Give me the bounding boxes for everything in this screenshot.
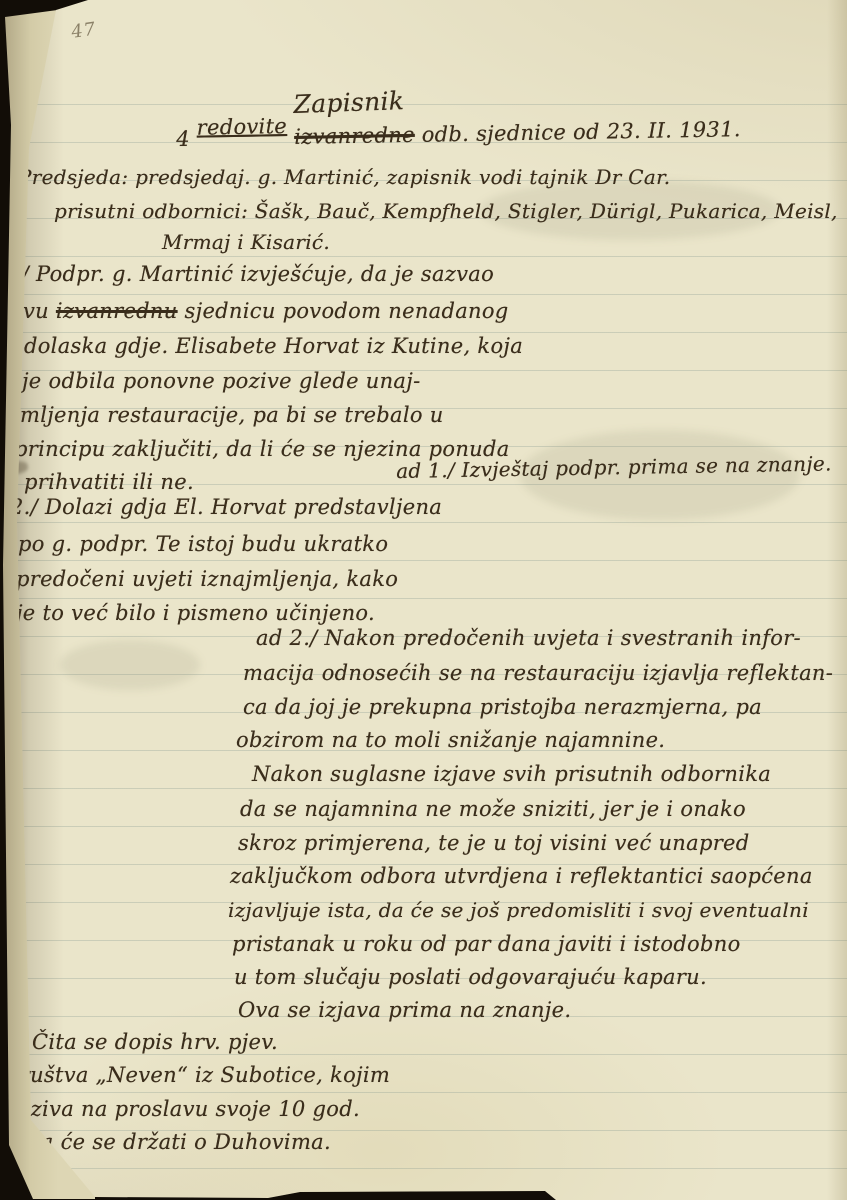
ad2-line: macija odnosećih se na restauraciju izja…	[243, 661, 833, 685]
item1-line: ovu izvanrednu sjednicu povodom nenadano…	[10, 299, 509, 323]
ad2-line: obzirom na to moli snižanje najamnine.	[236, 728, 665, 752]
ad2-line: Ova se izjava prima na znanje.	[238, 998, 571, 1022]
text-segment: da se najamnina ne može sniziti, jer je …	[240, 797, 746, 821]
ad2-line: pristanak u roku od par dana javiti i is…	[232, 932, 741, 956]
item1-line: prihvatiti ili ne.	[24, 470, 194, 494]
struck-word: izvanrednu	[56, 299, 178, 323]
ad2-line: ca da joj je prekupna pristojba nerazmje…	[243, 695, 762, 719]
text-segment: obzirom na to moli snižanje najamnine.	[236, 728, 665, 752]
text-segment: Zapisnik	[293, 86, 405, 119]
item4-line: 4/ Čita se dopis hrv. pjev.	[4, 1030, 278, 1054]
text-segment: mljenja restauracije, pa bi se trebalo u	[20, 403, 444, 427]
item2-line: 2./ Dolazi gdja El. Horvat predstavljena	[10, 495, 442, 519]
inserted-word: redovite	[196, 114, 287, 140]
ad2-line: izjavljuje ista, da će se još predomisli…	[228, 898, 809, 922]
manuscript-photo: 47Zapisnik4 redovite izvanredne odb. sje…	[0, 0, 847, 1200]
text-segment: je odbila ponovne pozive glede unaj-	[22, 369, 420, 393]
ad2-line: da se najamnina ne može sniziti, jer je …	[240, 797, 746, 821]
item1-line: 1/ Podpr. g. Martinić izvješćuje, da je …	[8, 262, 494, 286]
text-segment: izjavljuje ista, da će se još predomisli…	[228, 898, 809, 922]
item1-line: dolaska gdje. Elisabete Horvat iz Kutine…	[24, 334, 523, 358]
text-segment: 2./ Dolazi gdja El. Horvat predstavljena	[10, 495, 442, 519]
ad2-line: Nakon suglasne izjave svih prisutnih odb…	[252, 762, 771, 786]
text-segment: sjednicu povodom nenadanog	[178, 299, 509, 323]
text-segment: u tom slučaju poslati odgovarajuću kapar…	[234, 965, 707, 989]
text-segment: Nakon suglasne izjave svih prisutnih odb…	[252, 762, 771, 786]
ad2-line: skroz primjerena, te je u toj visini već…	[238, 831, 750, 855]
text-segment: predočeni uvjeti iznajmljenja, kako	[16, 567, 398, 591]
notebook-page: 47Zapisnik4 redovite izvanredne odb. sje…	[0, 0, 847, 1200]
ad2-line: zaključkom odbora utvrdjena i reflektant…	[230, 864, 813, 888]
text-segment: macija odnosećih se na restauraciju izja…	[243, 661, 833, 685]
handwriting-layer: 47Zapisnik4 redovite izvanredne odb. sje…	[0, 0, 847, 1200]
text-segment: ad 2./ Nakon predočenih uvjeta i svestra…	[256, 626, 801, 650]
item4-line: koja će se držati o Duhovima.	[8, 1130, 331, 1154]
text-segment: prihvatiti ili ne.	[24, 470, 194, 494]
text-segment: po g. podpr. Te istoj budu ukratko	[18, 532, 388, 556]
page-number: 47	[70, 19, 98, 43]
attendees-line: prisutni odbornici: Šašk, Bauč, Kempfhel…	[54, 199, 838, 223]
text-segment: odb. sjednice od 23. II. 1931.	[415, 117, 741, 147]
text-segment: prisutni odbornici: Šašk, Bauč, Kempfhel…	[54, 199, 838, 223]
attendees-line: Mrmaj i Kisarić.	[162, 230, 330, 254]
item4-line: društva „Neven“ iz Subotice, kojim	[6, 1063, 390, 1087]
text-segment: 4	[176, 127, 197, 151]
item2-line: je to već bilo i pismeno učinjeno.	[16, 601, 375, 625]
session-line: 4 redovite izvanredne odb. sjednice od 2…	[176, 117, 741, 151]
text-segment: zaključkom odbora utvrdjena i reflektant…	[230, 864, 813, 888]
title: Zapisnik	[293, 86, 405, 119]
text-segment: dolaska gdje. Elisabete Horvat iz Kutine…	[24, 334, 523, 358]
text-segment: poziva na proslavu svoje 10 god.	[4, 1097, 360, 1121]
text-segment: 47	[70, 19, 98, 43]
item4-line: poziva na proslavu svoje 10 god.	[4, 1097, 360, 1121]
text-segment: Predsjeda: predsjedaj. g. Martinić, zapi…	[18, 165, 670, 189]
text-segment: društva „Neven“ iz Subotice, kojim	[6, 1063, 390, 1087]
text-segment: pristanak u roku od par dana javiti i is…	[232, 932, 741, 956]
ad2-line: ad 2./ Nakon predočenih uvjeta i svestra…	[256, 626, 801, 650]
text-segment: 4/ Čita se dopis hrv. pjev.	[4, 1030, 278, 1054]
presiding-line: Predsjeda: predsjedaj. g. Martinić, zapi…	[18, 165, 670, 189]
item1-line: je odbila ponovne pozive glede unaj-	[22, 369, 420, 393]
item2-line: predočeni uvjeti iznajmljenja, kako	[16, 567, 398, 591]
text-segment: Ova se izjava prima na znanje.	[238, 998, 571, 1022]
text-segment: koja će se držati o Duhovima.	[8, 1130, 331, 1154]
struck-word: izvanredne	[294, 123, 415, 149]
text-segment: je to već bilo i pismeno učinjeno.	[16, 601, 375, 625]
item2-line: po g. podpr. Te istoj budu ukratko	[18, 532, 388, 556]
item1-line: mljenja restauracije, pa bi se trebalo u	[20, 403, 444, 427]
text-segment: ca da joj je prekupna pristojba nerazmje…	[243, 695, 762, 719]
text-segment: Mrmaj i Kisarić.	[162, 230, 330, 254]
text-segment: skroz primjerena, te je u toj visini već…	[238, 831, 750, 855]
ad2-line: u tom slučaju poslati odgovarajuću kapar…	[234, 965, 707, 989]
text-segment: 1/ Podpr. g. Martinić izvješćuje, da je …	[8, 262, 494, 286]
